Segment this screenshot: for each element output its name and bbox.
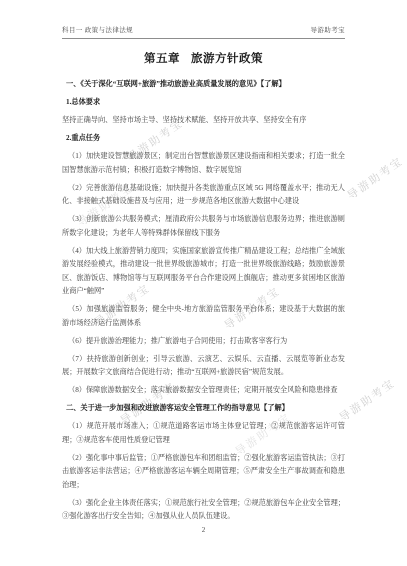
chapter-title: 第五章旅游方针政策	[0, 50, 407, 66]
subheading: 2.重点任务	[62, 132, 345, 146]
document-page: 导游助考宝 导游助考宝 导游助考宝 导游助考宝 导游助考宝 导游助考宝 导游助考…	[0, 0, 407, 566]
paragraph: （8）保障旅游数据安全；落实旅游数据安全管理责任；定期开展安全风险和隐患排查	[62, 384, 345, 398]
paragraph: （3）创新旅游公共服务模式；厘清政府公共服务与市场旅游信息服务边界；推进旅游厕所…	[62, 213, 345, 240]
paragraph: （1）规范开展市场准入；①规范道路客运市场主体登记管理；②规范旅游客运许可管理；…	[62, 420, 345, 447]
watermark: 导游助考宝	[336, 375, 398, 425]
paragraph: （3）强化企业主体责任落实；①规范旅行社安全管理；②规范旅游包车企业安全管理；③…	[62, 497, 345, 524]
paragraph: （4）加大线上旅游营销力度四；实施国家旅游宣传推广精品建设工程；总结推广全域旅游…	[62, 245, 345, 299]
section-heading: 一、《关于深化“互联网+旅游”推动旅游业高质量发展的意见》【了解】	[62, 78, 345, 92]
subheading: 1.总体要求	[62, 96, 345, 110]
watermark: 导游助考宝	[344, 153, 406, 203]
paragraph: （2）强化事中事后监管；①严格旅游包车和团组监管；②强化旅游客运监管执法；③打击…	[62, 452, 345, 493]
page-header: 科目一 政策与法律法规 导游助考宝	[62, 25, 345, 39]
paragraph: （1）加快建设智慧旅游景区；制定出台智慧旅游景区建设指南和相关要求；打造一批全国…	[62, 150, 345, 177]
document-body: 一、《关于深化“互联网+旅游”推动旅游业高质量发展的意见》【了解】1.总体要求坚…	[62, 78, 345, 528]
paragraph: 坚持正确导向、坚持市场主导、坚持技术赋能、坚持开放共享、坚持安全有序	[62, 114, 345, 128]
paragraph: （7）扶持旅游创新创业；引导云旅游、云演艺、云娱乐、云直播、云展览等新业态发展；…	[62, 353, 345, 380]
section-heading: 二、关于进一步加强和改进旅游客运安全管理工作的指导意见【了解】	[62, 402, 345, 416]
chapter-name: 旅游方针政策	[191, 53, 263, 65]
paragraph: （6）提升旅游治理能力；推广旅游电子合同使用；打击欺客宰客行为	[62, 335, 345, 349]
header-subject-label: 科目一 政策与法律法规	[62, 25, 133, 34]
chapter-number: 第五章	[144, 53, 180, 65]
header-brand-label: 导游助考宝	[311, 25, 346, 34]
paragraph: （2）完善旅游信息基础设施；加快提升各类旅游重点区域 5G 网络覆盖水平；推动无…	[62, 182, 345, 209]
paragraph: （5）加强旅游监管服务；健全中央-地方旅游监管服务平台体系；建设基于大数据的旅游…	[62, 303, 345, 330]
page-number: 2	[0, 526, 407, 534]
